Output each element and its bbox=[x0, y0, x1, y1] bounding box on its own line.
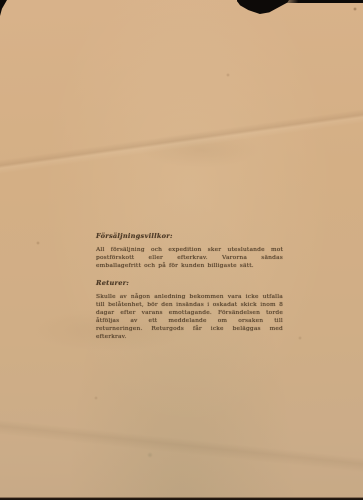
terms-text-block: Försäljningsvillkor: All försäljning och… bbox=[96, 232, 283, 350]
scanned-page: Försäljningsvillkor: All försäljning och… bbox=[0, 0, 363, 500]
returns-paragraph: Skulle av någon anledning bekommen vara … bbox=[96, 293, 283, 341]
sales-terms-paragraph: All försäljning och expedition sker utes… bbox=[96, 246, 283, 270]
sales-terms-section: Försäljningsvillkor: All försäljning och… bbox=[96, 232, 283, 270]
sales-terms-heading: Försäljningsvillkor: bbox=[96, 232, 283, 240]
paper-crease bbox=[0, 410, 363, 480]
returns-section: Returer: Skulle av någon anledning bekom… bbox=[96, 279, 283, 341]
scanner-edge-top bbox=[280, 0, 363, 3]
returns-heading: Returer: bbox=[96, 279, 283, 287]
paper-crease bbox=[0, 95, 363, 185]
